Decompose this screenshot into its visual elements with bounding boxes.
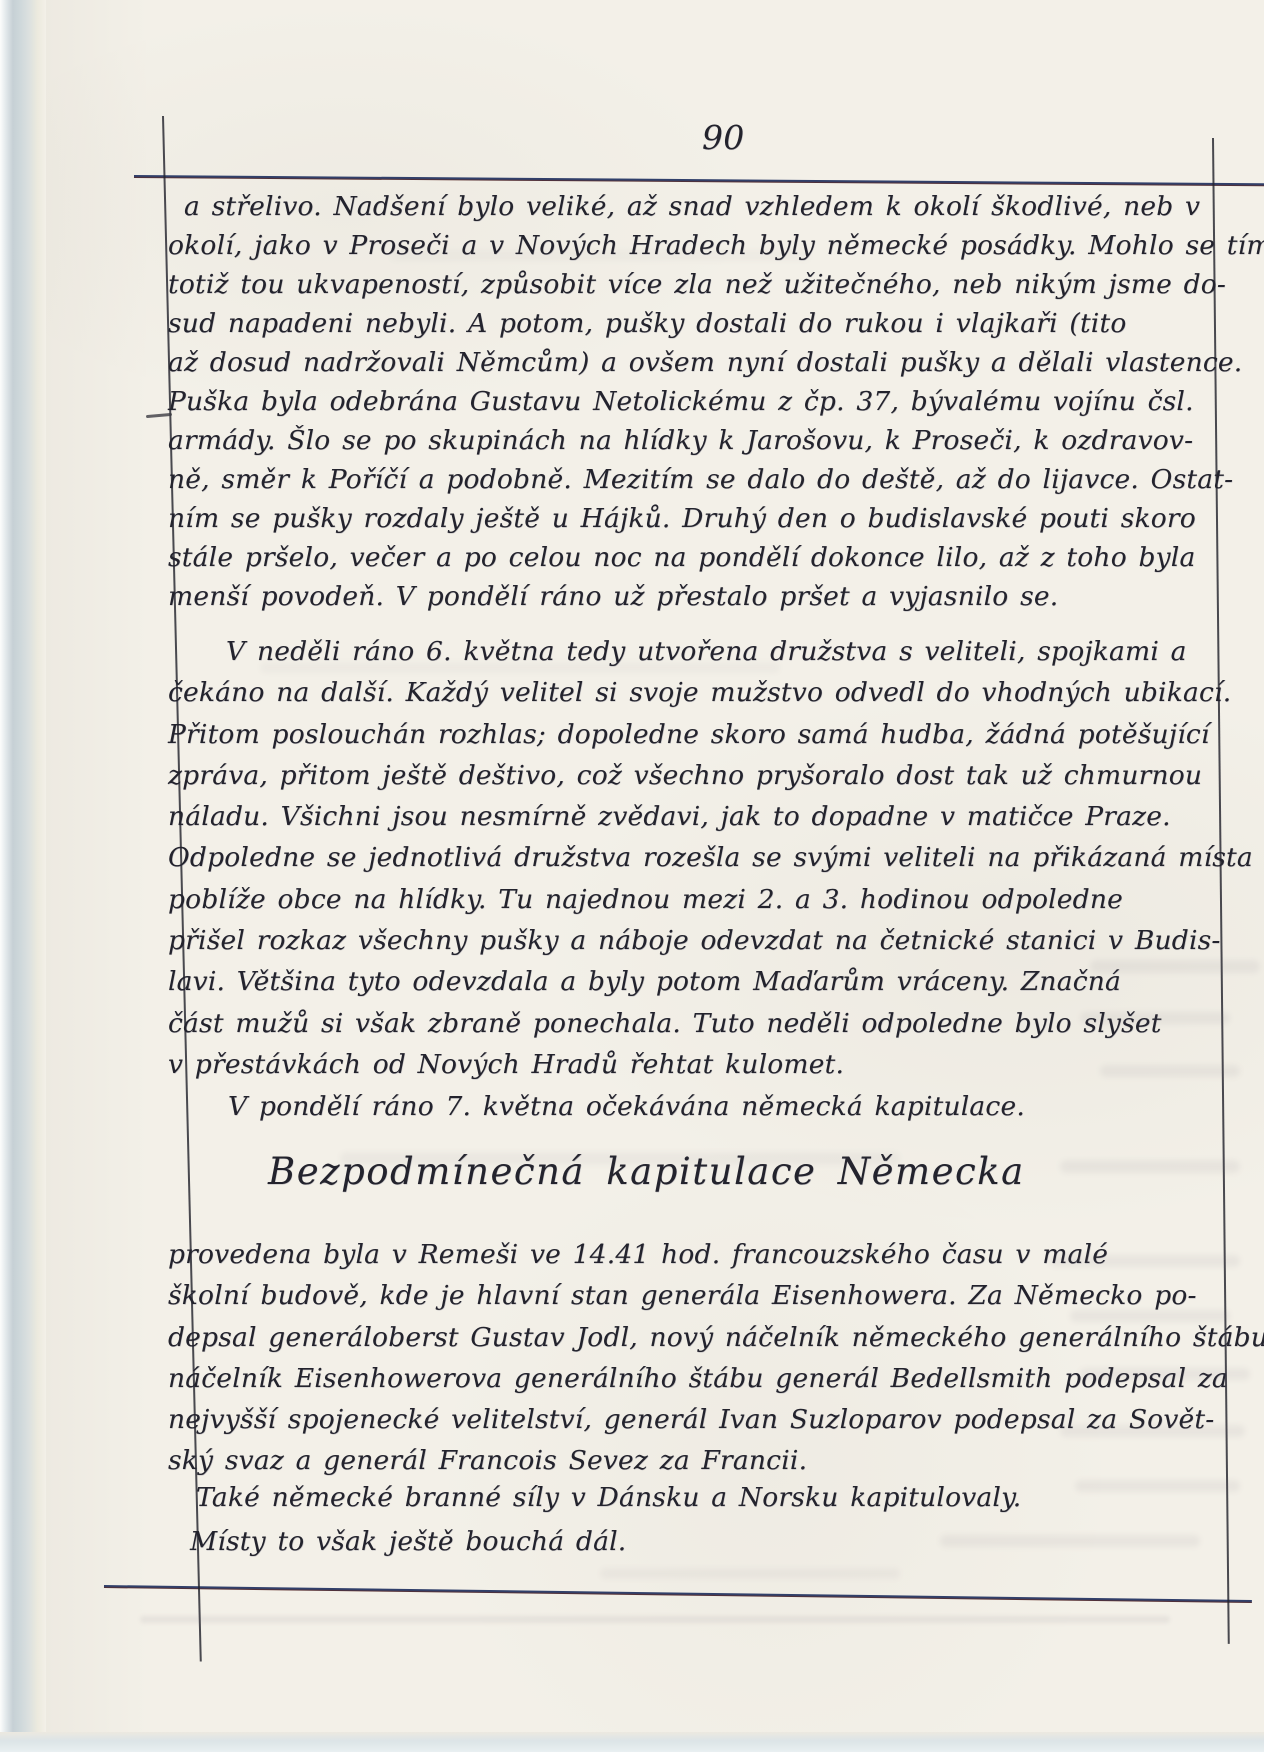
handwritten-line: armády. Šlo se po skupinách na hlídky k … [168,421,1148,460]
paper: 90 a střelivo. Nadšení bylo veliké, až s… [40,0,1264,1736]
handwritten-line: stále pršelo, večer a po celou noc na po… [168,538,1148,577]
handwritten-line: a střelivo. Nadšení bylo veliké, až snad… [168,187,1148,226]
section-heading: Bezpodmínečná kapitulace Německa [268,1150,1025,1193]
handwritten-line: ním se pušky rozdaly ještě u Hájků. Druh… [168,499,1148,538]
handwritten-line: náčelník Eisenhowerova generálního štábu… [168,1358,1148,1399]
bleed-through-smudge [600,1568,900,1579]
handwritten-line: Puška byla odebrána Gustavu Netolickému … [168,382,1148,421]
page-number: 90 [702,118,744,157]
handwritten-paragraph-6: Místy to však ještě bouchá dál. [190,1526,626,1557]
handwritten-paragraph-1: a střelivo. Nadšení bylo veliké, až snad… [168,187,1148,616]
handwritten-line: až dosud nadržovali Němcům) a ovšem nyní… [168,343,1148,382]
handwritten-line: provedena byla v Remeši ve 14.41 hod. fr… [168,1234,1148,1275]
handwritten-line: ně, směr k Poříčí a podobně. Mezitím se … [168,460,1148,499]
bleed-through-smudge [1060,1160,1240,1173]
handwritten-paragraph-4: provedena byla v Remeši ve 14.41 hod. fr… [168,1234,1148,1482]
handwritten-line: Přitom poslouchán rozhlas; dopoledne sko… [168,714,1148,755]
scan-edge-strip-left [0,0,46,1752]
handwritten-paragraph-2: V neděli ráno 6. května tedy utvořena dr… [168,631,1148,1085]
bleed-through-smudge [940,1535,1200,1547]
handwritten-line: ský svaz a generál Francois Sevez za Fra… [168,1440,1148,1481]
handwritten-line: Také německé branné síly v Dánsku a Nors… [196,1482,1021,1513]
bottom-rule-line [104,1585,1252,1603]
bleed-through-smudge [1075,1480,1240,1492]
scan-edge-strip-bottom [0,1732,1264,1752]
handwritten-line: lavi. Většina tyto odevzdala a byly poto… [168,961,1148,1002]
handwritten-line: náladu. Všichni jsou nesmírně zvědavi, j… [168,796,1148,837]
handwritten-line: nejvyšší spojenecké velitelství, generál… [168,1399,1148,1440]
handwritten-line: okolí, jako v Proseči a v Nových Hradech… [168,226,1148,265]
handwritten-line: V neděli ráno 6. května tedy utvořena dr… [168,631,1148,672]
handwritten-paragraph-5: Také německé branné síly v Dánsku a Nors… [196,1482,1021,1513]
handwritten-line: část mužů si však zbraně ponechala. Tuto… [168,1003,1148,1044]
handwritten-line: čekáno na další. Každý velitel si svoje … [168,672,1148,713]
handwritten-line: v přestávkách od Nových Hradů řehtat kul… [168,1044,1148,1085]
handwritten-paragraph-3: V pondělí ráno 7. května očekávána němec… [228,1086,1025,1127]
top-rule-line [134,175,1264,186]
handwritten-line: Místy to však ještě bouchá dál. [190,1526,626,1557]
handwritten-line: poblíže obce na hlídky. Tu najednou mezi… [168,879,1148,920]
handwritten-line: sud napadeni nebyli. A potom, pušky dost… [168,304,1148,343]
bleed-through-smudge [140,1616,1170,1623]
handwritten-line: přišel rozkaz všechny pušky a náboje ode… [168,920,1148,961]
handwritten-line: Odpoledne se jednotlivá družstva rozešla… [168,837,1148,878]
scanned-page: 90 a střelivo. Nadšení bylo veliké, až s… [0,0,1264,1752]
handwritten-line: menší povodeň. V pondělí ráno už přestal… [168,577,1148,616]
handwritten-line: zpráva, přitom ještě deštivo, což všechn… [168,755,1148,796]
handwritten-line: depsal generáloberst Gustav Jodl, nový n… [168,1317,1148,1358]
handwritten-line: totiž tou ukvapeností, způsobit více zla… [168,265,1148,304]
handwritten-line: V pondělí ráno 7. května očekávána němec… [228,1086,1025,1127]
handwritten-line: školní budově, kde je hlavní stan generá… [168,1275,1148,1316]
